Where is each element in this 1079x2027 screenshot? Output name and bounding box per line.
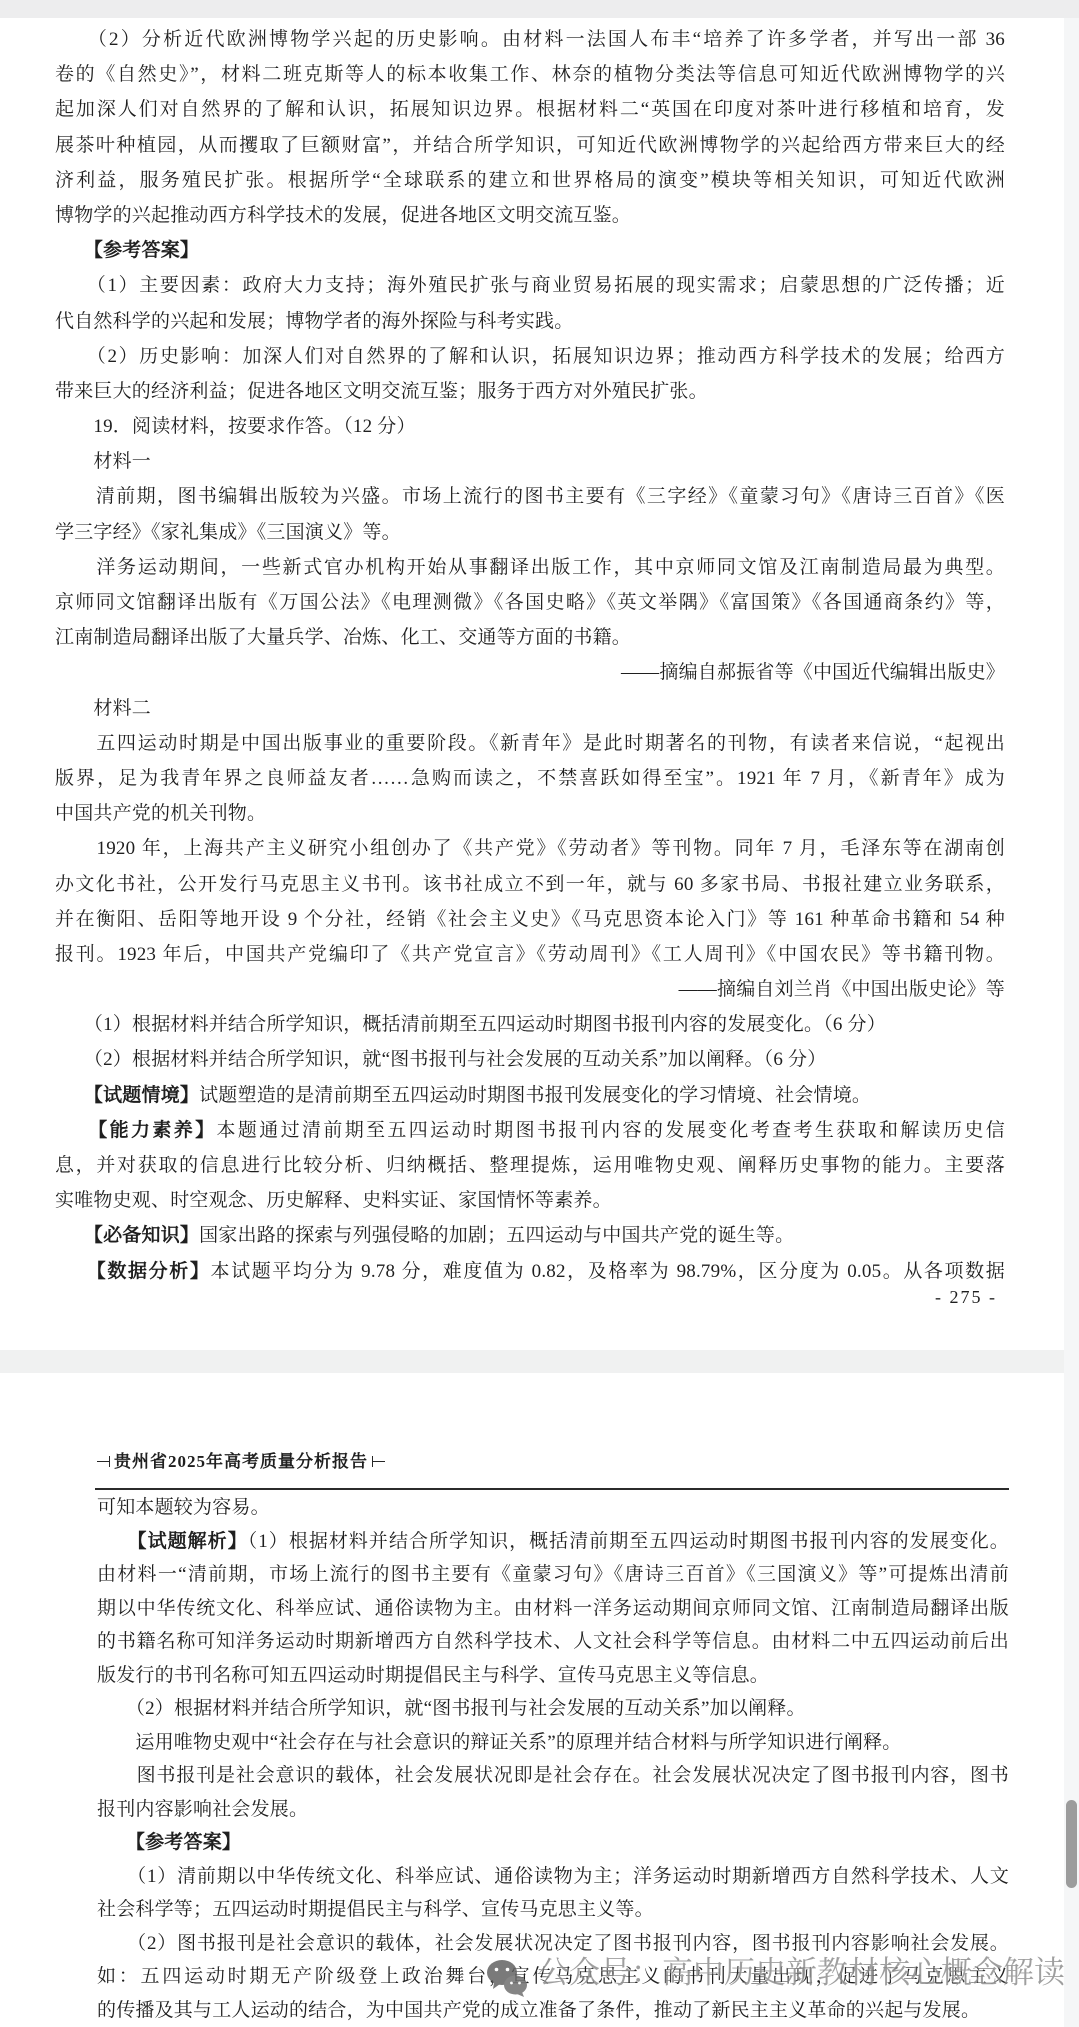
text-line: 代自然科学的兴起和发展；博物学者的海外探险与科考实践。 bbox=[55, 304, 1005, 339]
text-line: 期以中华传统文化、科举应试、通俗读物为主。由材料一洋务运动期间京师同文馆、江南制… bbox=[97, 1592, 1009, 1626]
text-line: 材料一 bbox=[55, 444, 1005, 479]
text-line: 材料二 bbox=[55, 691, 1005, 726]
page-2: 贵州省2025年高考质量分析报告 可知本题较为容易。 【试题解析】（1）根据材料… bbox=[0, 1373, 1064, 2027]
text-line: 【能力素养】本题通过清前期至五四运动时期图书报刊内容的发展变化考查考生获取和解读… bbox=[55, 1113, 1005, 1148]
text-line: 图书报刊是社会意识的载体，社会发展状况即是社会存在。社会发展状况决定了图书报刊内… bbox=[97, 1759, 1009, 1793]
text-line: 息，并对获取的信息进行比较分析、归纳概括、整理提炼，运用唯物史观、阐释历史事物的… bbox=[55, 1148, 1005, 1183]
text-line: 济利益，服务殖民扩张。根据所学“全球联系的建立和世界格局的演变”模块等相关知识，… bbox=[55, 163, 1005, 198]
page2-text-block: 可知本题较为容易。 【试题解析】（1）根据材料并结合所学知识，概括清前期至五四运… bbox=[97, 1491, 1009, 2027]
text-line: （2）分析近代欧洲博物学兴起的历史影响。由材料一法国人布丰“培养了许多学者，并写… bbox=[55, 22, 1005, 57]
text-line: （1）根据材料并结合所学知识，概括清前期至五四运动时期图书报刊内容的发展变化。（… bbox=[55, 1007, 1005, 1042]
text-line: 实唯物史观、时空观念、历史解释、史料实证、家国情怀等素养。 bbox=[55, 1183, 1005, 1218]
page-1: （2）分析近代欧洲博物学兴起的历史影响。由材料一法国人布丰“培养了许多学者，并写… bbox=[0, 18, 1064, 1350]
text-line: （1）清前期以中华传统文化、科举应试、通俗读物为主；洋务运动时期新增西方自然科学… bbox=[97, 1860, 1009, 1894]
page1-text-block: （2）分析近代欧洲博物学兴起的历史影响。由材料一法国人布丰“培养了许多学者，并写… bbox=[55, 22, 1005, 1289]
text-line: 并在衡阳、岳阳等地开设 9 个分社，经销《社会主义史》《马克思资本论入门》等 1… bbox=[55, 902, 1005, 937]
text-line: 五四运动时期是中国出版事业的重要阶段。《新青年》是此时期著名的刊物，有读者来信说… bbox=[55, 726, 1005, 761]
text-line: 中国共产党的机关刊物。 bbox=[55, 796, 1005, 831]
text-line: 的书籍名称可知洋务运动时期新增西方自然科学技术、人文社会科学等信息。由材料二中五… bbox=[97, 1625, 1009, 1659]
text-line: 报刊内容影响社会发展。 bbox=[97, 1793, 1009, 1827]
text-line: （2）根据材料并结合所学知识，就“图书报刊与社会发展的互动关系”加以阐释。 bbox=[97, 1692, 1009, 1726]
text-line: 【参考答案】 bbox=[55, 233, 1005, 268]
text-line: 展茶叶种植园，从而攫取了巨额财富”，并结合所学知识，可知近代欧洲博物学的兴起给西… bbox=[55, 128, 1005, 163]
text-line: 【试题解析】（1）根据材料并结合所学知识，概括清前期至五四运动时期图书报刊内容的… bbox=[97, 1525, 1009, 1559]
text-line: 清前期，图书编辑出版较为兴盛。市场上流行的图书主要有《三字经》《童蒙习句》《唐诗… bbox=[55, 479, 1005, 514]
text-line: 京师同文馆翻译出版有《万国公法》《电理测微》《各国史略》《英文举隅》《富国策》《… bbox=[55, 585, 1005, 620]
text-line: （2）图书报刊是社会意识的载体，社会发展状况决定了图书报刊内容，图书报刊内容影响… bbox=[97, 1927, 1009, 1961]
text-line: 【数据分析】本试题平均分为 9.78 分，难度值为 0.82，及格率为 98.7… bbox=[55, 1254, 1005, 1289]
text-line: 报刊。1923 年后，中国共产党编印了《共产党宣言》《劳动周刊》《工人周刊》《中… bbox=[55, 937, 1005, 972]
text-line: ——摘编自刘兰肖《中国出版史论》等 bbox=[55, 972, 1005, 1007]
scrollbar-track[interactable] bbox=[1064, 18, 1079, 2027]
header-right-tick-icon bbox=[372, 1455, 385, 1468]
text-line: 学三字经》《家礼集成》《三国演义》等。 bbox=[55, 515, 1005, 550]
text-line: 办文化书社，公开发行马克思主义书刊。该书社成立不到一年，就与 60 多家书局、书… bbox=[55, 867, 1005, 902]
text-line: 起加深人们对自然界的了解和认识，拓展知识边界。根据材料二“英国在印度对茶叶进行移… bbox=[55, 92, 1005, 127]
text-line: 19．阅读材料，按要求作答。（12 分） bbox=[55, 409, 1005, 444]
text-line: 可知本题较为容易。 bbox=[97, 1491, 1009, 1525]
canvas-top-strip bbox=[0, 0, 1079, 18]
text-line: 带来巨大的经济利益；促进各地区文明交流互鉴；服务于西方对外殖民扩张。 bbox=[55, 374, 1005, 409]
text-line: 1920 年，上海共产主义研究小组创办了《共产党》《劳动者》等刊物。同年 7 月… bbox=[55, 831, 1005, 866]
text-line: 江南制造局翻译出版了大量兵学、冶炼、化工、交通等方面的书籍。 bbox=[55, 620, 1005, 655]
text-line: 运用唯物史观中“社会存在与社会意识的辩证关系”的原理并结合材料与所学知识进行阐释… bbox=[97, 1726, 1009, 1760]
header-left-tick-icon bbox=[97, 1455, 110, 1468]
text-line: 版发行的书刊名称可知五四运动时期提倡民主与科学、宣传马克思主义等信息。 bbox=[97, 1659, 1009, 1693]
text-line: 社会科学等；五四运动时期提倡民主与科学、宣传马克思主义等。 bbox=[97, 1893, 1009, 1927]
text-line: 【试题情境】试题塑造的是清前期至五四运动时期图书报刊发展变化的学习情境、社会情境… bbox=[55, 1078, 1005, 1113]
text-line: 博物学的兴起推动西方科学技术的发展，促进各地区文明交流互鉴。 bbox=[55, 198, 1005, 233]
text-line: （2）历史影响：加深人们对自然界的了解和认识，拓展知识边界；推动西方科学技术的发… bbox=[55, 339, 1005, 374]
text-line: （2）根据材料并结合所学知识，就“图书报刊与社会发展的互动关系”加以阐释。（6 … bbox=[55, 1042, 1005, 1077]
text-line: 版界，足为我青年界之良师益友者……急购而读之，不禁喜跃如得至宝”。1921 年 … bbox=[55, 761, 1005, 796]
text-line: （1）主要因素：政府大力支持；海外殖民扩张与商业贸易拓展的现实需求；启蒙思想的广… bbox=[55, 268, 1005, 303]
page-header-title: 贵州省2025年高考质量分析报告 bbox=[114, 1452, 368, 1471]
text-line: 洋务运动期间，一些新式官办机构开始从事翻译出版工作，其中京师同文馆及江南制造局最… bbox=[55, 550, 1005, 585]
page-header: 贵州省2025年高考质量分析报告 bbox=[97, 1447, 385, 1472]
text-line: ——摘编自郝振省等《中国近代编辑出版史》 bbox=[55, 655, 1005, 690]
text-line: 卷的《自然史》”，材料二班克斯等人的标本收集工作、林奈的植物分类法等信息可知近代… bbox=[55, 57, 1005, 92]
text-line: 【必备知识】国家出路的探索与列强侵略的加剧；五四运动与中国共产党的诞生等。 bbox=[55, 1218, 1005, 1253]
page-number: - 275 - bbox=[935, 1287, 997, 1308]
text-line: 的传播及其与工人运动的结合，为中国共产党的成立准备了条件，推动了新民主主义革命的… bbox=[97, 1994, 1009, 2027]
text-line: 如：五四运动时期无产阶级登上政治舞台，宣传马克思主义的书刊大量出现，促进了马克思… bbox=[97, 1960, 1009, 1994]
text-line: 由材料一“清前期，市场上流行的图书主要有《童蒙习句》《唐诗三百首》《三国演义》等… bbox=[97, 1558, 1009, 1592]
page-gap bbox=[0, 1350, 1064, 1373]
text-line: 【参考答案】 bbox=[97, 1826, 1009, 1860]
scrollbar-thumb[interactable] bbox=[1066, 1800, 1077, 1888]
header-rule bbox=[95, 1488, 1009, 1490]
